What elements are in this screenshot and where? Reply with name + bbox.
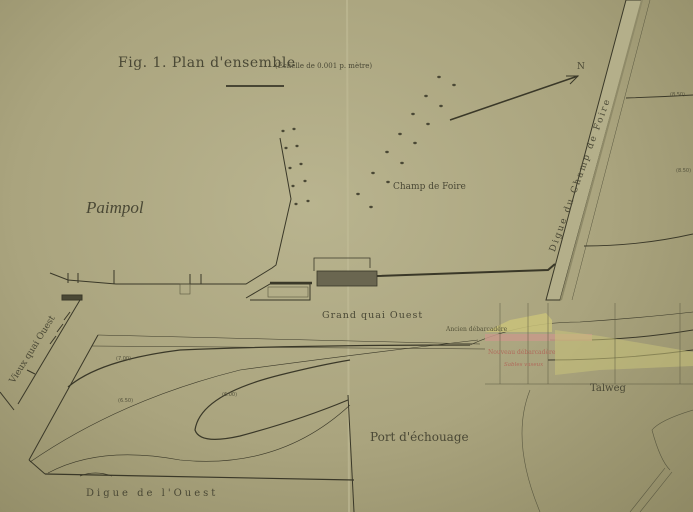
fairground-label: Champ de Foire <box>393 182 466 192</box>
contour-label: (8.50) <box>670 92 685 98</box>
contour-label: (7.00) <box>116 356 131 362</box>
contour-label: (6.50) <box>118 398 133 404</box>
old-landing-label: Ancien débarcadère <box>446 326 507 333</box>
map-sheet: Fig. 1. Plan d'ensemble (Echelle de 0.00… <box>0 0 693 512</box>
new-landing-label: Nouveau débarcadère <box>488 349 555 356</box>
map-title: Fig. 1. Plan d'ensemble <box>118 55 296 71</box>
town-label: Paimpol <box>86 198 144 218</box>
north-label: N <box>577 62 585 72</box>
map-drawing <box>0 0 693 512</box>
scale-note: (Echelle de 0.001 p. mètre) <box>275 62 372 70</box>
west-dike-label: Digue de l'Ouest <box>86 488 218 499</box>
channel-label: Talweg <box>590 383 626 394</box>
contour-label: (6.00) <box>222 392 237 398</box>
fair-dike <box>546 0 650 300</box>
north-arrow-icon <box>450 76 578 120</box>
harbour-label: Port d'échouage <box>370 430 469 444</box>
main-quay-label: Grand quai Ouest <box>322 310 423 321</box>
sand-label: Sables vaseux <box>504 362 543 368</box>
contour-6-00 <box>195 360 350 439</box>
contour-label: (8.50) <box>676 168 691 174</box>
